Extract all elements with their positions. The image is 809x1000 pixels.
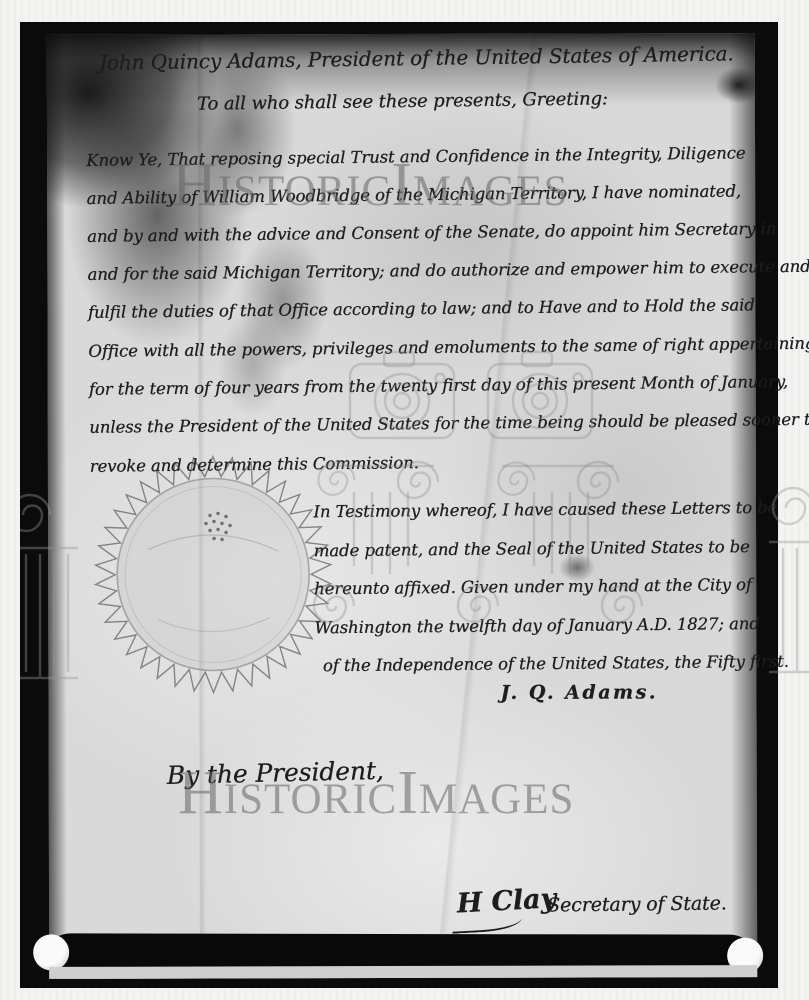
- embossed-seal-icon: [88, 449, 339, 700]
- testimony-line: hereunto affixed. Given under my hand at…: [314, 575, 752, 598]
- clay-signature-text: H Clay: [456, 883, 557, 919]
- photo-bottom-strip: [49, 965, 757, 979]
- body-line: fulfil the duties of that Office accordi…: [88, 295, 755, 322]
- body-line: unless the President of the United State…: [89, 410, 809, 437]
- body-line: and by and with the advice and Consent o…: [87, 219, 776, 246]
- testimony-line: made patent, and the Seal of the United …: [314, 537, 750, 560]
- body-line: Know Ye, That reposing special Trust and…: [86, 143, 745, 169]
- body-line: Office with all the powers, privileges a…: [88, 334, 809, 361]
- president-signature: J. Q. Adams.: [500, 681, 657, 703]
- title-line: John Quincy Adams, President of the Unit…: [99, 41, 734, 74]
- secretary-of-state-label: Secretary of State.: [547, 892, 727, 916]
- body-line: and Ability of William Woodbridge of the…: [87, 181, 742, 207]
- by-the-president-line: By the President,: [166, 756, 384, 790]
- body-line: and for the said Michigan Territory; and…: [87, 257, 809, 284]
- document-paper: John Quincy Adams, President of the Unit…: [47, 33, 757, 979]
- roll-end-highlight: [33, 934, 69, 970]
- press-photo-of-document: John Quincy Adams, President of the Unit…: [0, 0, 809, 1000]
- clay-signature: H Clay: [456, 883, 558, 933]
- signature-flourish: [452, 918, 523, 934]
- body-line: for the term of four years from the twen…: [89, 372, 788, 399]
- testimony-line: Washington the twelfth day of January A.…: [314, 614, 759, 637]
- testimony-line: In Testimony whereof, I have caused thes…: [313, 498, 777, 521]
- salutation-line: To all who shall see these presents, Gre…: [197, 88, 608, 114]
- testimony-line: of the Independence of the United States…: [323, 652, 789, 675]
- photo-mount: John Quincy Adams, President of the Unit…: [20, 22, 778, 988]
